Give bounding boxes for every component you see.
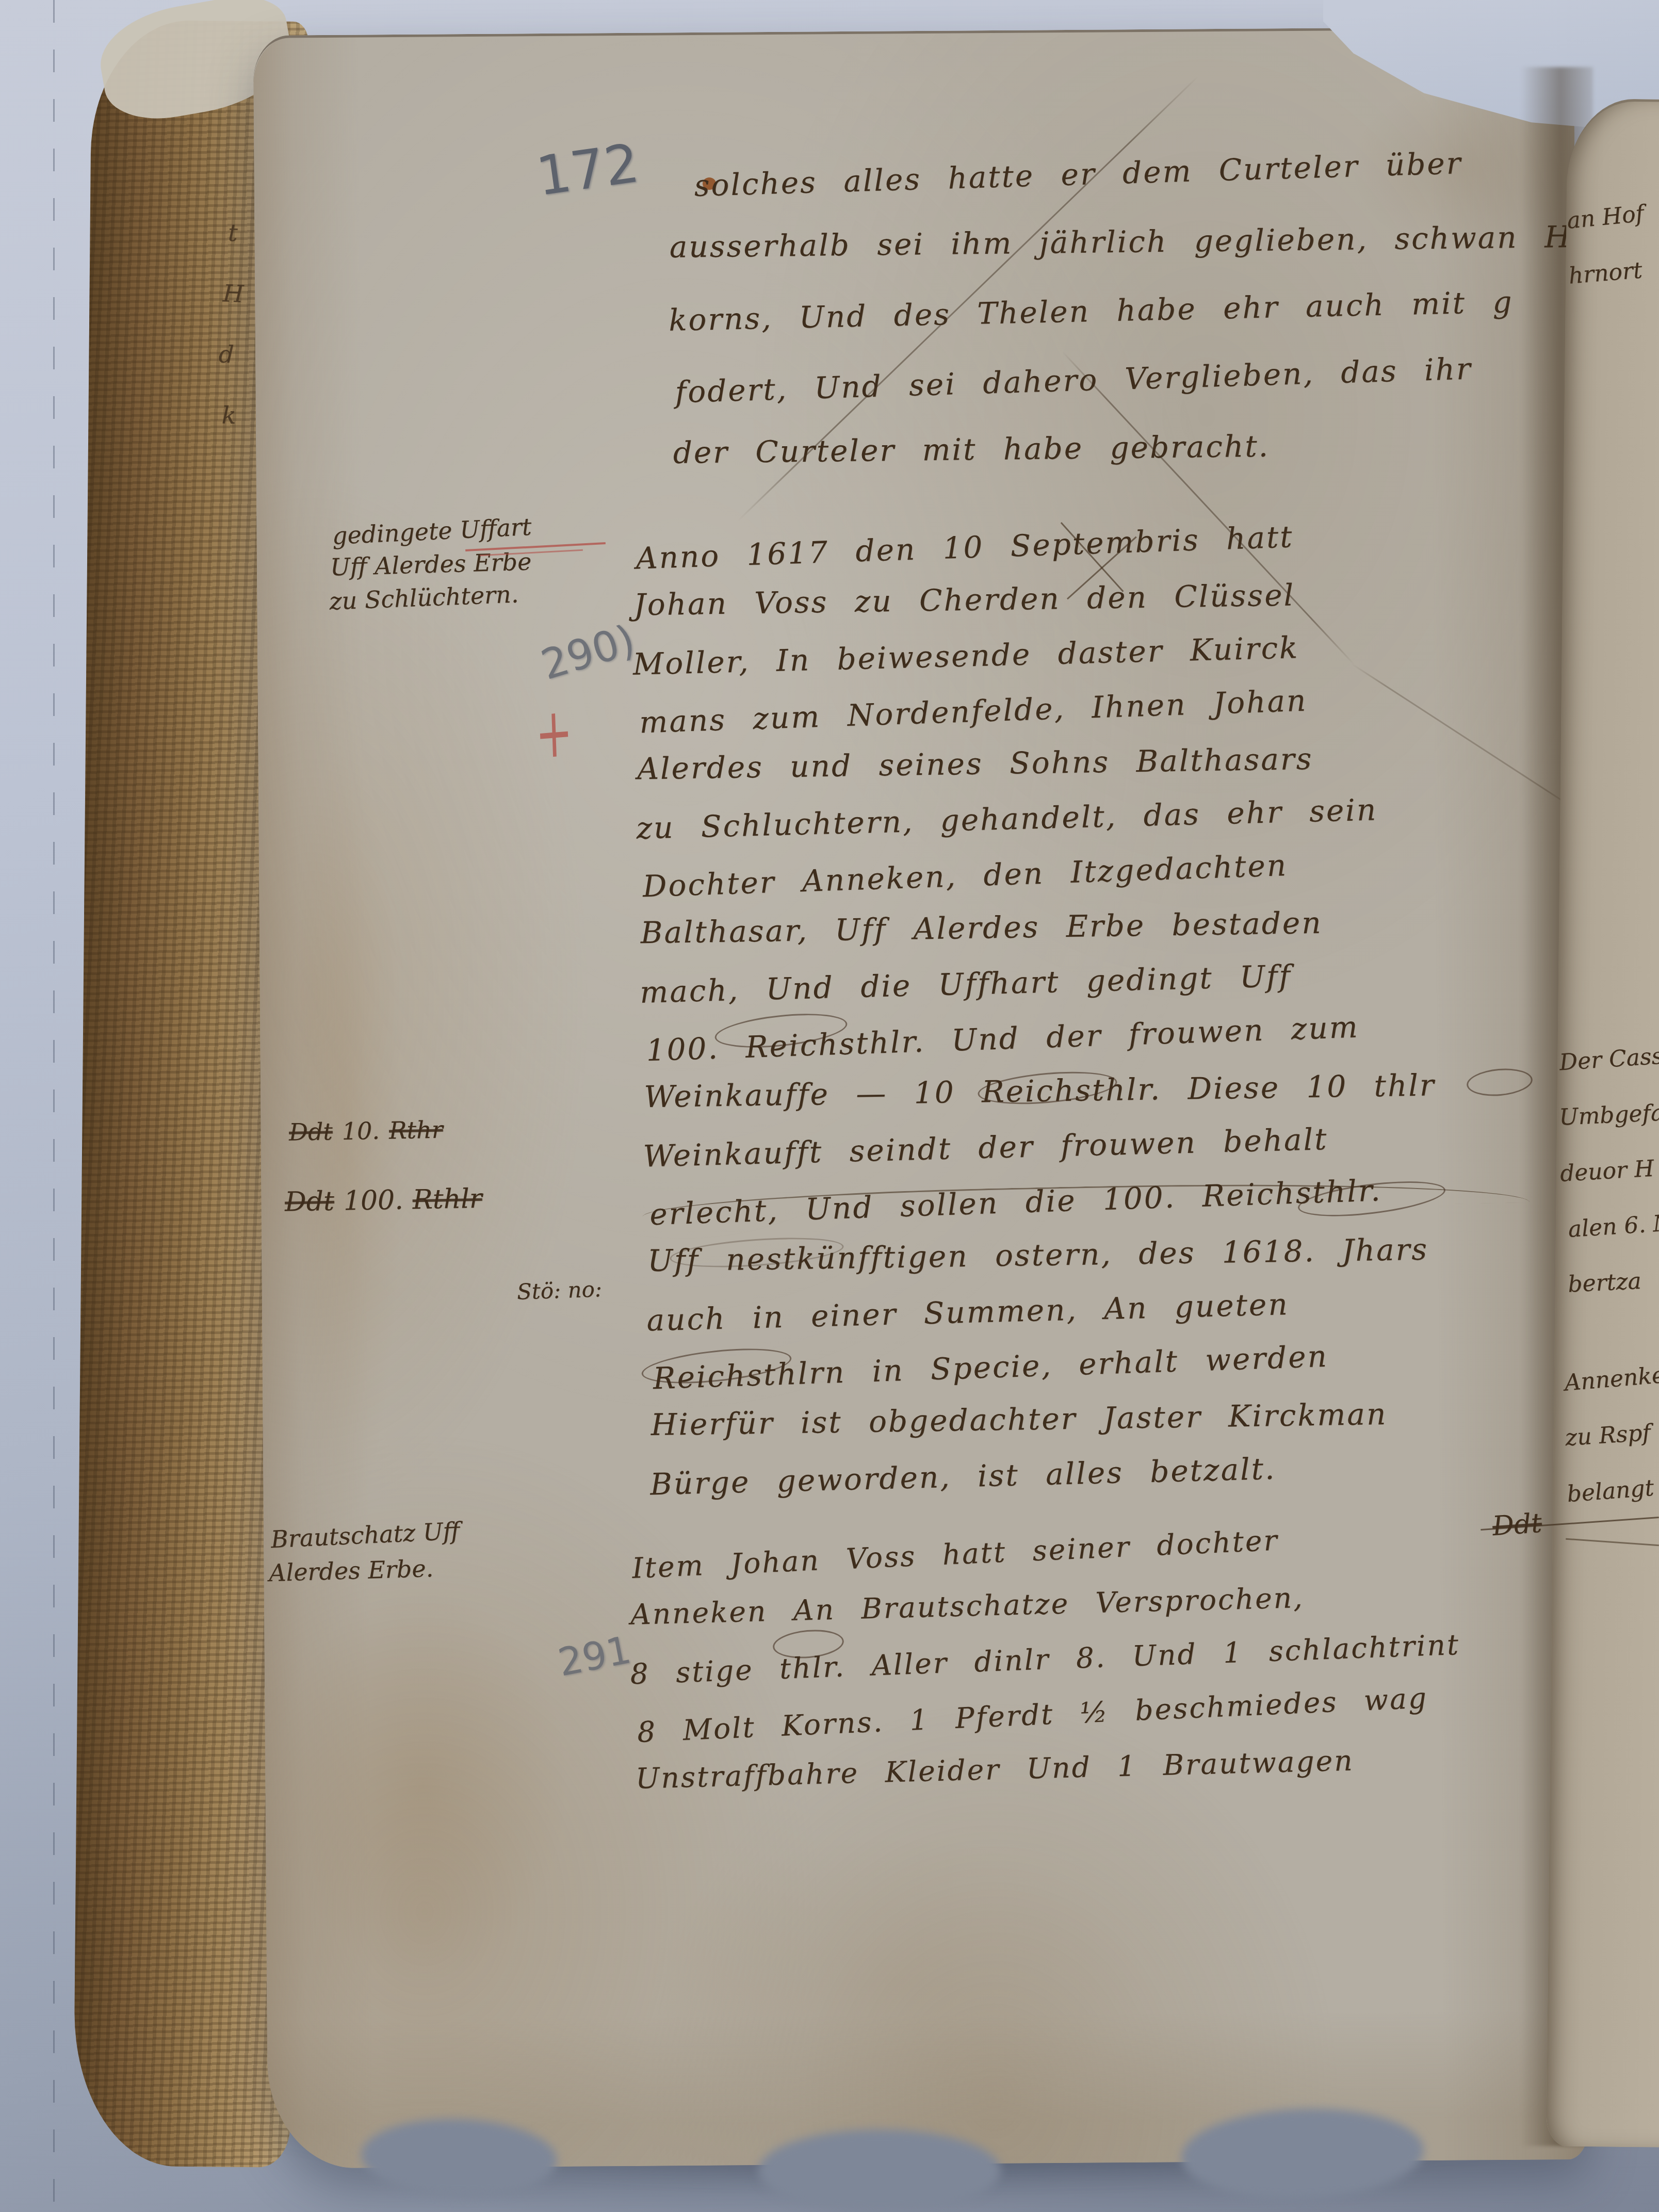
manuscript-line: bertza [1567, 1252, 1659, 1312]
next-page-text-fragment: Der CassUmbgefadeuor Halen 6. Nbertza [1555, 1029, 1659, 1313]
manuscript-photo: 172 solches alles hatte er dem Curteler … [0, 0, 1659, 2212]
manuscript-line: alen 6. N [1566, 1195, 1659, 1258]
manuscript-line: Umbgefa [1558, 1085, 1659, 1145]
margin-note-token: Rthr [388, 1116, 443, 1145]
manuscript-line: t [227, 202, 250, 264]
bottom-edge-scallop [758, 2129, 1001, 2212]
margin-note-contract: gedingete UffartUff Alerdes Erbezu Schlü… [329, 511, 533, 617]
next-page-text-fragment: an Hofhrnort [1562, 187, 1648, 304]
manuscript-line: k [221, 385, 243, 446]
margin-note-sto-no: Stö: no: [516, 1273, 603, 1309]
manuscript-line: belangt [1565, 1459, 1659, 1522]
manuscript-line: Der Cass [1557, 1028, 1659, 1091]
manuscript-line: Annenke [1562, 1347, 1659, 1411]
margin-note-token: 100. [343, 1184, 403, 1216]
red-chalk-cross: + [534, 692, 574, 775]
manuscript-line: hrnort [1567, 242, 1648, 304]
margin-note-brautschatz: Brautschatz UffAlerdes Erbe. [267, 1515, 459, 1591]
manuscript-line: Alerdes Erbe. [268, 1550, 458, 1591]
paragraph-top: solches alles hatte er dem Curteler über… [668, 132, 1560, 490]
manuscript-line: der Curteler mit habe gebracht. [673, 409, 1560, 487]
margin-note-token: Ddt [285, 1186, 335, 1218]
margin-note-ddt-10: Ddt10.Rthr [288, 1113, 452, 1149]
manuscript-line: d [218, 323, 240, 385]
manuscript-line: an Hof [1564, 186, 1647, 249]
paragraph-brautschatz: Item Johan Voss hatt seiner dochterAnnek… [628, 1506, 1565, 1809]
manuscript-line: deuor H [1558, 1141, 1659, 1202]
margin-note-token: Rthlr [412, 1183, 482, 1215]
margin-note-token: 10. [341, 1117, 380, 1145]
next-page-text-fragment: Annenkezu Rspfbelangt [1559, 1348, 1659, 1522]
margin-note-token: Ddt [289, 1117, 333, 1146]
margin-note-ddt-100: Ddt100.Rthlr [284, 1182, 492, 1219]
manuscript-line: zu Rspf [1564, 1404, 1659, 1466]
manuscript-line: H [222, 263, 245, 324]
backdrop-seam-line [53, 0, 55, 2212]
